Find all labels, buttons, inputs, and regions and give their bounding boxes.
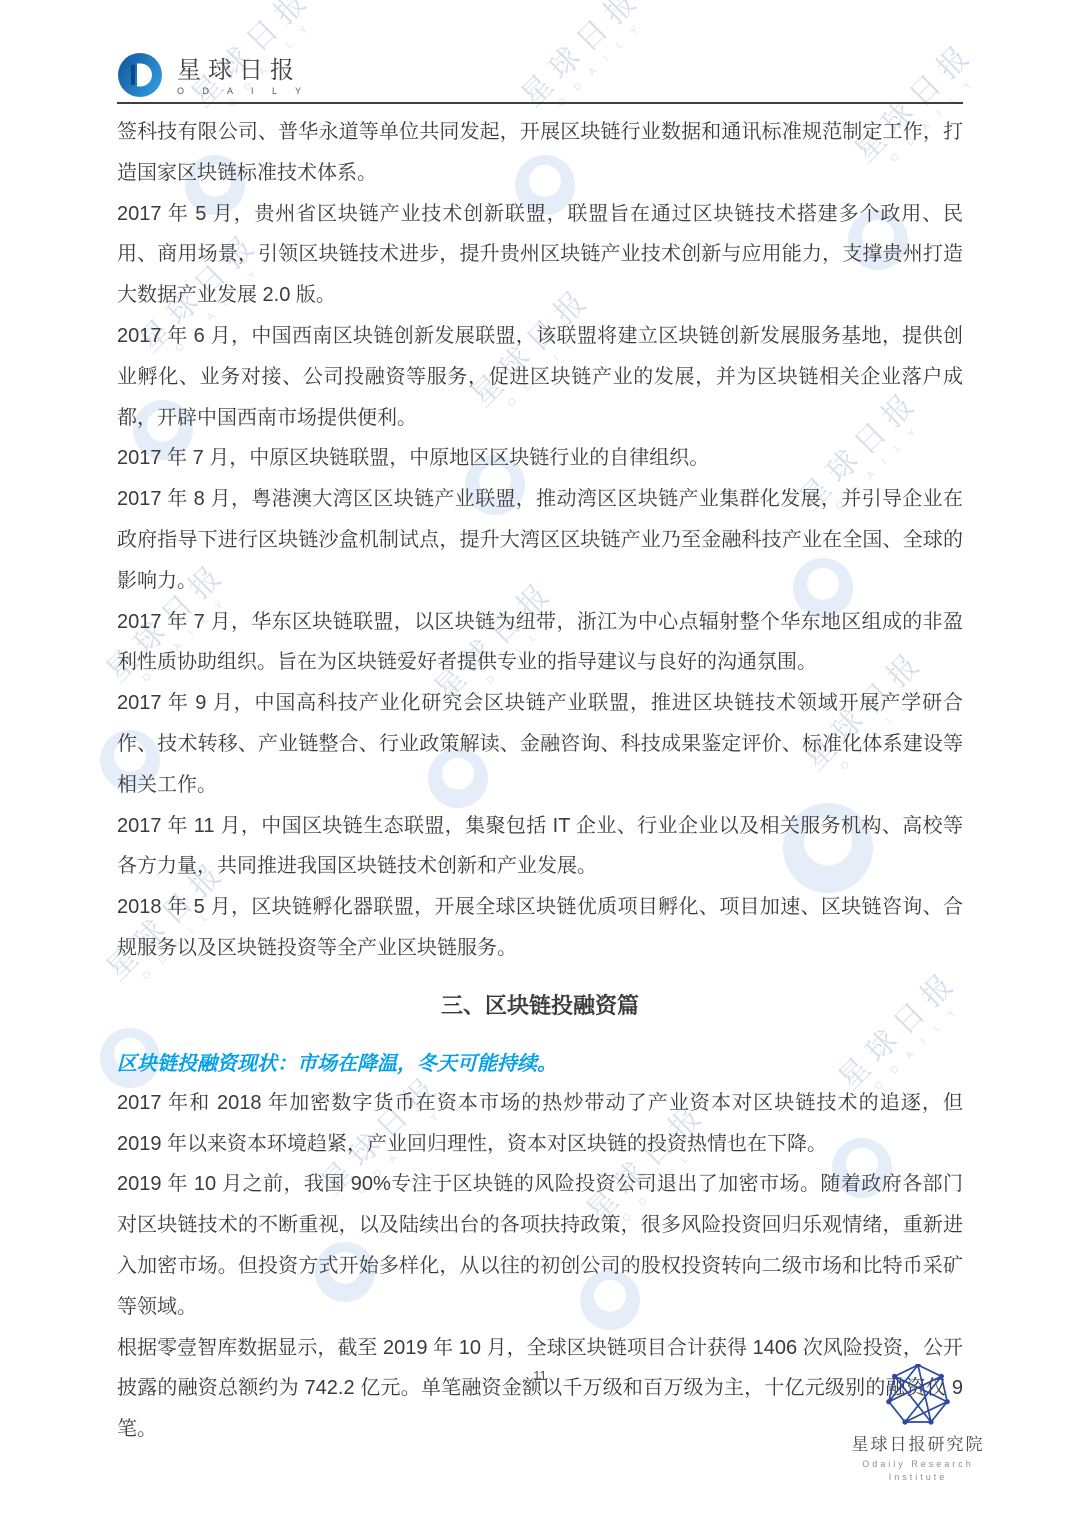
body-paragraph: 2017 年 8 月，粤港澳大湾区区块链产业联盟，推动湾区区块链产业集群化发展，… (117, 479, 963, 601)
body-paragraph: 2018 年 5 月，区块链孵化器联盟，开展全球区块链优质项目孵化、项目加速、区… (117, 887, 963, 969)
body-paragraph: 2019 年 10 月之前，我国 90%专注于区块链的风险投资公司退出了加密市场… (117, 1164, 963, 1327)
body-paragraph: 2017 年 7 月，中原区块链联盟，中原地区区块链行业的自律组织。 (117, 438, 963, 479)
institute-name-en: Odaily Research Institute (833, 1458, 1003, 1484)
section-subheading: 区块链投融资现状：市场在降温，冬天可能持续。 (117, 1045, 963, 1083)
institute-name-cn: 星球日报研究院 (833, 1430, 1003, 1455)
document-body: 签科技有限公司、普华永道等单位共同发起，开展区块链行业数据和通讯标准规范制定工作… (117, 112, 963, 1450)
odaily-logo-icon (117, 52, 163, 98)
brand-block: 星球日报 O D A I L Y (177, 58, 309, 96)
body-paragraph: 2017 年 7 月，华东区块链联盟，以区块链为纽带，浙江为中心点辐射整个华东地… (117, 602, 963, 684)
body-paragraph: 2017 年 5 月，贵州省区块链产业技术创新联盟，联盟旨在通过区块链技术搭建多… (117, 194, 963, 316)
body-paragraph: 签科技有限公司、普华永道等单位共同发起，开展区块链行业数据和通讯标准规范制定工作… (117, 112, 963, 194)
brand-name-en: O D A I L Y (177, 86, 309, 96)
body-paragraph: 2017 年 6 月，中国西南区块链创新发展联盟，该联盟将建立区块链创新发展服务… (117, 316, 963, 438)
brand-name-cn: 星球日报 (177, 58, 309, 84)
body-paragraph: 2017 年 9 月，中国高科技产业化研究会区块链产业联盟，推进区块链技术领域开… (117, 683, 963, 805)
body-paragraph: 2017 年 11 月，中国区块链生态联盟，集聚包括 IT 企业、行业企业以及相… (117, 806, 963, 888)
section-heading: 三、区块链投融资篇 (117, 983, 963, 1029)
institute-logo-block: 星球日报研究院 Odaily Research Institute (833, 1364, 1003, 1484)
institute-name-en-line2: Institute (833, 1471, 1003, 1484)
body-paragraph: 2017 年和 2018 年加密数字货币在资本市场的热炒带动了产业资本对区块链技… (117, 1083, 963, 1165)
page-header: 星球日报 O D A I L Y (117, 50, 963, 104)
institute-name-en-line1: Odaily Research (833, 1458, 1003, 1471)
institute-star-icon (886, 1364, 950, 1426)
document-page: 星球日报O D A I L Y 星球日报O D A I L Y 星球日报O D … (0, 0, 1080, 1529)
